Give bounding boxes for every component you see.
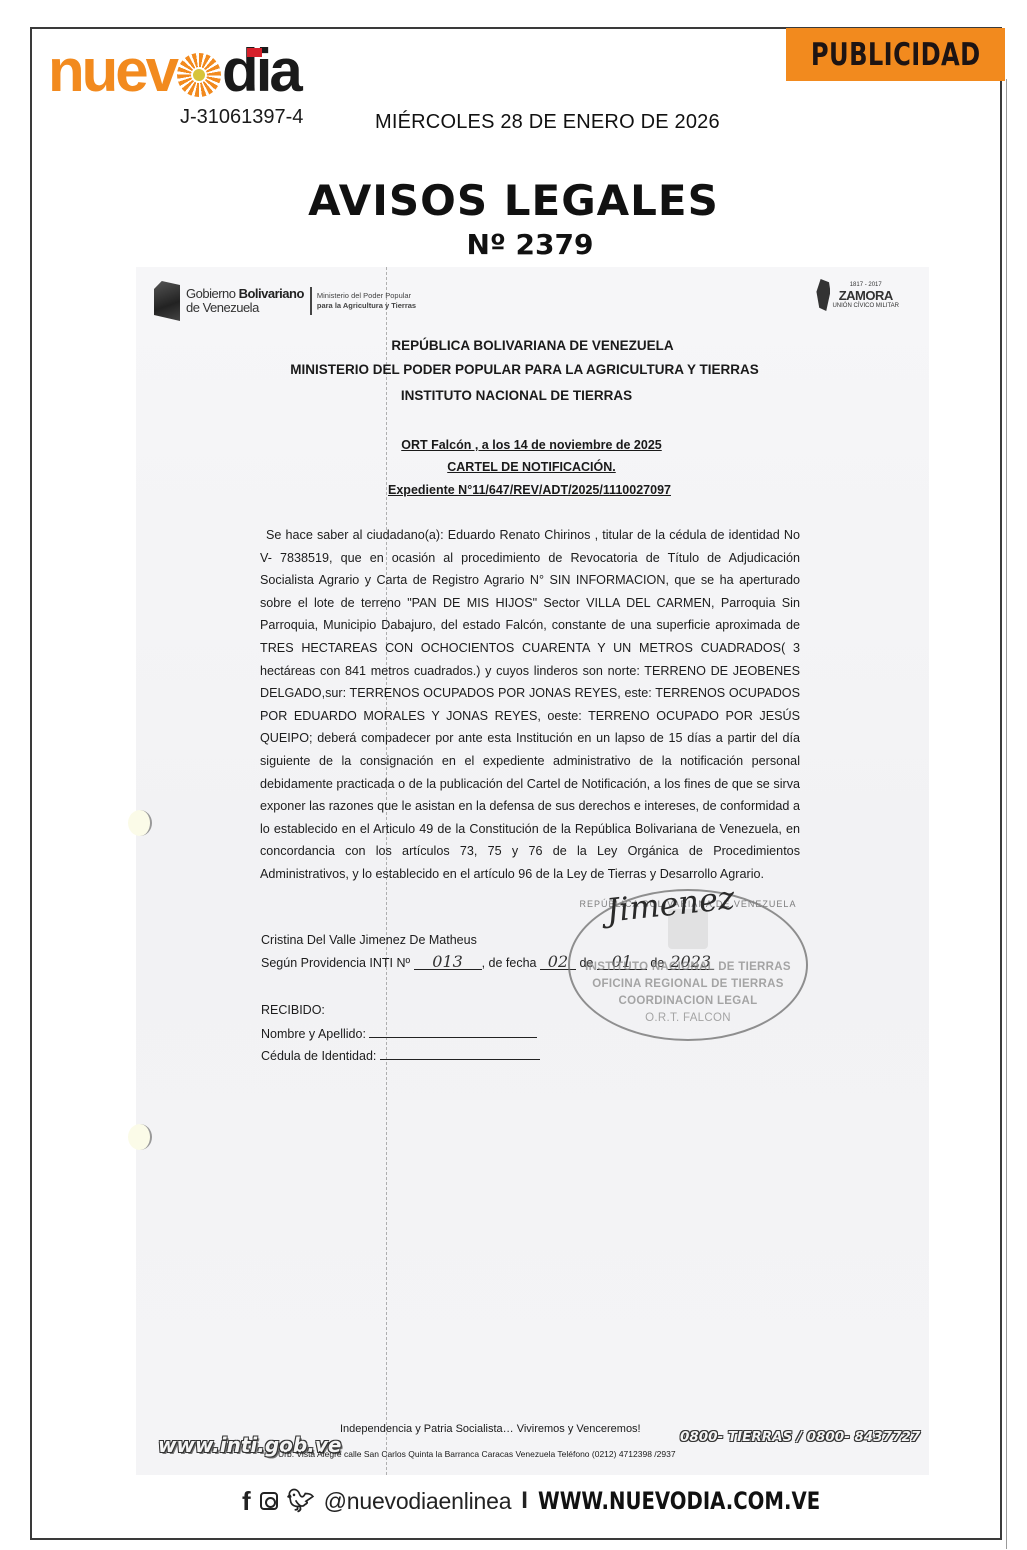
name-field xyxy=(369,1025,537,1038)
section-number: Nº 2379 xyxy=(0,228,1027,261)
facebook-icon[interactable]: f xyxy=(242,1486,251,1517)
zamora-logo: 1817 - 2017 ZAMORA UNIÓN CÍVICO MILITAR xyxy=(816,279,899,311)
website-link[interactable]: WWW.NUEVODIA.COM.VE xyxy=(538,1487,820,1515)
header-republic: REPÚBLICA BOLIVARIANA DE VENEZUELA xyxy=(136,338,929,353)
twitter-icon[interactable]: 🐦︎ xyxy=(287,1488,315,1514)
signatory-name: Cristina Del Valle Jimenez De Matheus xyxy=(261,933,477,947)
punch-hole xyxy=(128,810,152,836)
document-type: CARTEL DE NOTIFICACIÓN. xyxy=(135,460,928,474)
scanned-document: Gobierno Bolivariano de Venezuela Minist… xyxy=(136,267,929,1475)
providencia-number: 013 xyxy=(414,955,482,970)
publication-date: MIÉRCOLES 28 DE ENERO DE 2026 xyxy=(375,111,720,134)
logo-accent-bar xyxy=(247,48,262,57)
header-institute: INSTITUTO NACIONAL DE TIERRAS xyxy=(120,388,913,403)
company-rif: J-31061397-4 xyxy=(180,106,303,129)
section-tag: PUBLICIDAD xyxy=(786,28,1005,81)
inti-phone: 0800- TIERRAS / 0800- 8437727 xyxy=(680,1429,920,1445)
inti-address: Urb. Vista Alegre calle San Carlos Quint… xyxy=(278,1449,676,1459)
social-handle[interactable]: @nuevodiaenlinea xyxy=(324,1488,512,1515)
social-bar: f 🐦︎ @nuevodiaenlinea I WWW.NUEVODIA.COM… xyxy=(242,1486,882,1516)
received-label: RECIBIDO: xyxy=(261,1003,325,1017)
inti-footer: www.inti.gob.ve Independencia y Patria S… xyxy=(158,1425,918,1470)
sun-icon xyxy=(177,53,221,97)
logo-divider xyxy=(310,287,312,315)
logo-text-nuev: nuev xyxy=(48,41,176,101)
venezuela-flag-icon xyxy=(154,281,180,321)
section-tag-label: PUBLICIDAD xyxy=(811,37,981,73)
id-field xyxy=(380,1047,540,1060)
inti-motto: Independencia y Patria Socialista… Vivir… xyxy=(340,1423,641,1435)
header-ministry: MINISTERIO DEL PODER POPULAR PARA LA AGR… xyxy=(128,362,921,377)
expediente-number: Expediente N°11/647/REV/ADT/2025/1110027… xyxy=(133,483,926,497)
separator: I xyxy=(521,1487,528,1515)
gobierno-bolivariano-logo: Gobierno Bolivariano de Venezuela Minist… xyxy=(154,281,416,321)
name-field-row: Nombre y Apellido: xyxy=(261,1025,537,1041)
notification-paragraph: Se hace saber al ciudadano(a): Eduardo R… xyxy=(260,524,800,886)
instagram-icon[interactable] xyxy=(260,1492,278,1510)
id-field-row: Cédula de Identidad: xyxy=(261,1047,540,1063)
notification-body: Se hace saber al ciudadano(a): Eduardo R… xyxy=(260,524,800,886)
punch-hole xyxy=(128,1124,152,1150)
section-title: AVISOS LEGALES xyxy=(0,176,1027,225)
ministry-name: Ministerio del Poder Popular para la Agr… xyxy=(317,291,416,311)
place-date: ORT Falcón , a los 14 de noviembre de 20… xyxy=(135,438,928,452)
zamora-portrait-icon xyxy=(816,279,830,311)
